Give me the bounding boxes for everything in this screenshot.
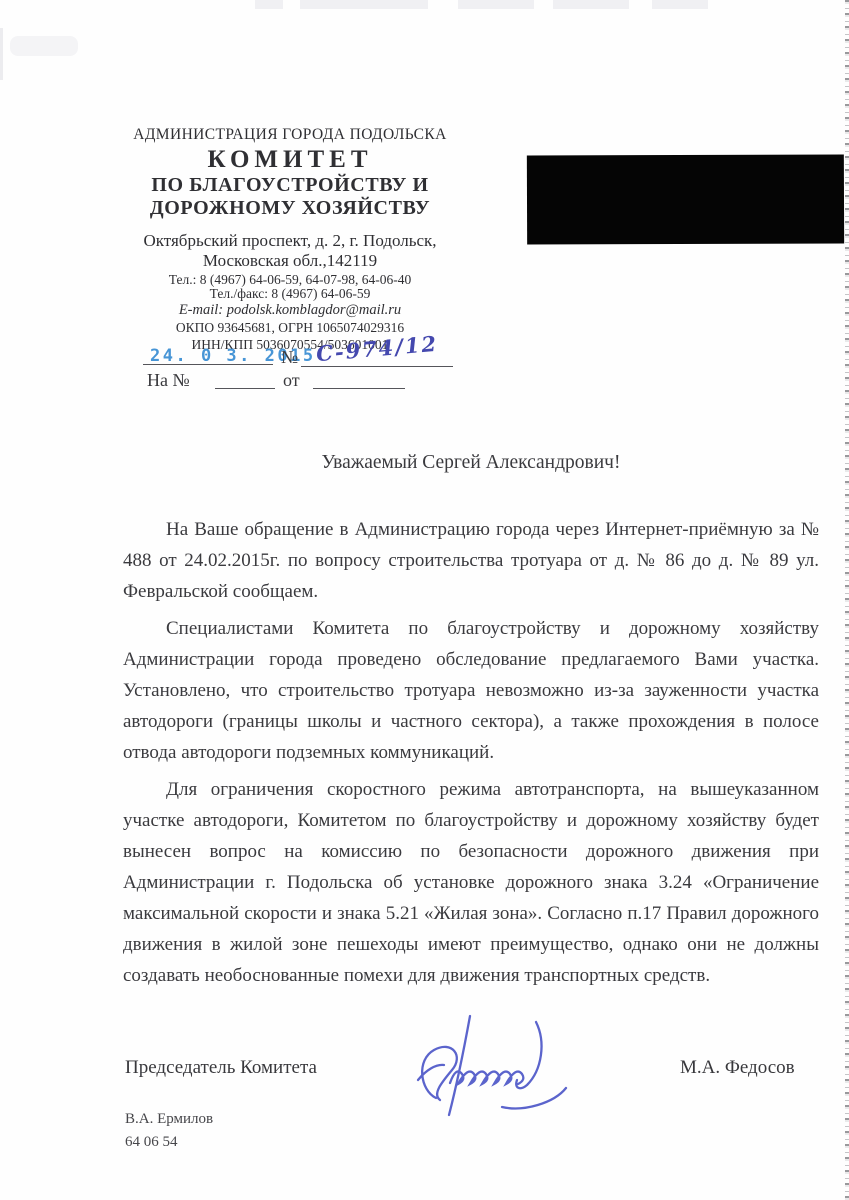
address-line-2: Московская обл.,142119 xyxy=(95,251,485,270)
number-label: № xyxy=(281,347,298,368)
signer-name: М.А. Федосов xyxy=(680,1057,795,1079)
scan-artifact xyxy=(300,0,428,9)
paragraph-1: На Ваше обращение в Администрацию города… xyxy=(123,514,819,607)
letterhead: АДМИНИСТРАЦИЯ ГОРОДА ПОДОЛЬСКА КОМИТЕТ П… xyxy=(95,126,485,352)
salutation: Уважаемый Сергей Александрович! xyxy=(123,452,819,474)
paragraph-2: Специалистами Комитета по благоустройств… xyxy=(123,613,819,768)
address-line-1: Октябрьский проспект, д. 2, г. Подольск, xyxy=(95,231,485,251)
committee-subtitle-2: ДОРОЖНОМУ ХОЗЯЙСТВУ xyxy=(95,197,485,220)
phone-line: Тел.: 8 (4967) 64-06-59, 64-07-98, 64-06… xyxy=(95,272,485,287)
redaction-block xyxy=(527,154,844,244)
signer-title: Председатель Комитета xyxy=(125,1057,317,1079)
scanned-letter-page: АДМИНИСТРАЦИЯ ГОРОДА ПОДОЛЬСКА КОМИТЕТ П… xyxy=(0,0,849,1200)
scan-edge-artifacts xyxy=(845,0,849,1200)
scan-artifact xyxy=(10,36,78,56)
scan-artifact xyxy=(0,28,3,80)
reply-date-underline xyxy=(313,388,405,389)
reply-number-underline xyxy=(215,388,275,389)
reply-from-label: от xyxy=(283,370,300,391)
executor-name: В.А. Ермилов xyxy=(125,1111,213,1128)
executor-phone: 64 06 54 xyxy=(125,1134,178,1151)
fax-line: Тел./факс: 8 (4967) 64-06-59 xyxy=(95,287,485,301)
scan-artifact xyxy=(553,0,629,9)
scan-artifact xyxy=(255,0,283,9)
committee-subtitle-1: ПО БЛАГОУСТРОЙСТВУ И xyxy=(95,174,485,197)
email-line: E-mail: podolsk.komblagdor@mail.ru xyxy=(95,302,485,318)
scan-artifact xyxy=(458,0,534,9)
number-underline xyxy=(301,366,453,367)
scan-artifact xyxy=(652,0,708,9)
handwritten-signature xyxy=(406,1008,596,1123)
organization-name: АДМИНИСТРАЦИЯ ГОРОДА ПОДОЛЬСКА xyxy=(95,126,485,144)
letter-body: На Ваше обращение в Администрацию города… xyxy=(123,514,819,997)
paragraph-3: Для ограничения скоростного режима автот… xyxy=(123,774,819,991)
reply-to-label: На № xyxy=(147,370,190,391)
date-underline xyxy=(143,364,273,365)
committee-title: КОМИТЕТ xyxy=(95,146,485,174)
